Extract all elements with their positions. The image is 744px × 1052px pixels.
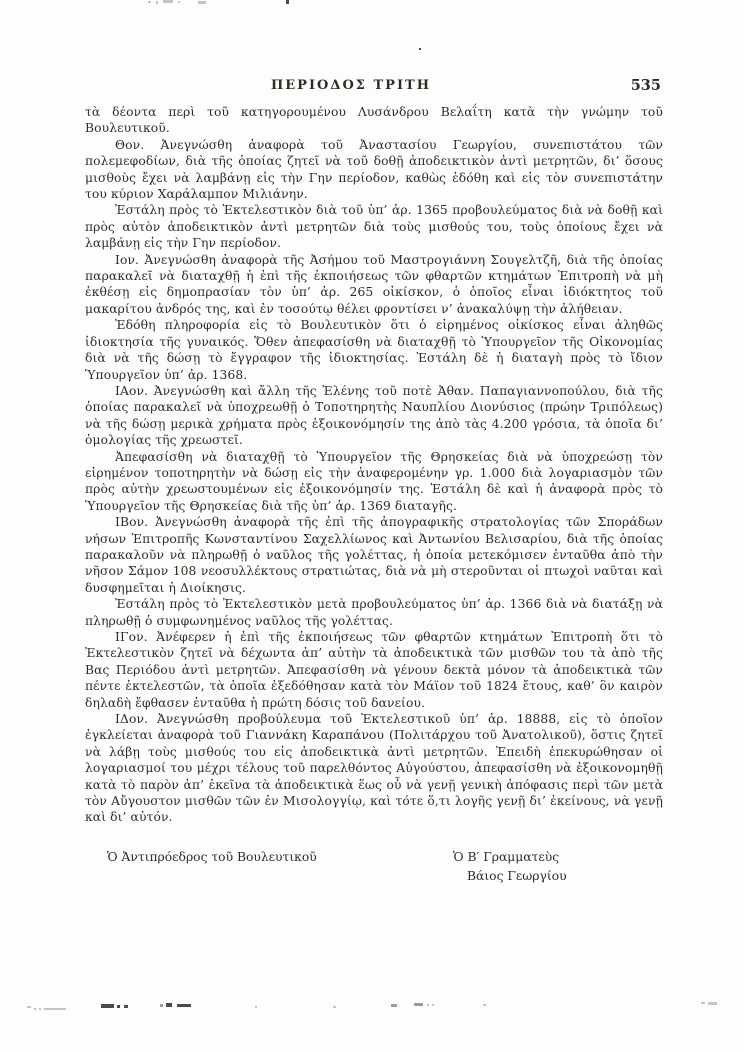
scan-artifact [255, 1006, 257, 1008]
signature-right-title: Ὁ Β′ Γραμματεὺς [453, 850, 567, 864]
scan-artifact [483, 1004, 486, 1006]
scan-artifact [333, 1006, 336, 1008]
body-paragraph: ΙΒον. Ἀνεγνώσθη ἀναφορὰ τῆς ἐπὶ τῆς ἀπογ… [85, 514, 663, 596]
scan-artifact [166, 1003, 172, 1007]
scan-artifact [432, 1004, 434, 1006]
body-paragraph: Ἐδόθη πληροφορία εἰς τὸ Βουλευτικὸν ὅτι … [85, 317, 663, 383]
signature-right-name: Βάιος Γεωργίου [453, 869, 567, 883]
document-body: τὰ δέοντα περὶ τοῦ κατηγορουμένου Λυσάνδ… [85, 104, 663, 826]
scan-artifact [101, 1004, 114, 1008]
scan-artifact [178, 1, 180, 3]
section-title: ΠΕΡΙΟΔΟΣ ΤΡΙΤΗ [271, 78, 431, 93]
text-block: ΠΕΡΙΟΔΟΣ ΤΡΙΤΗ 535 τὰ δέοντα περὶ τοῦ κα… [85, 78, 663, 890]
body-paragraph: Ιον. Ἀνεγνώσθη ἀναφορὰ τῆς Ἀσήμου τοῦ Μα… [85, 252, 663, 318]
body-paragraph: Ἀπεφασίσθη νὰ διαταχθῇ τὸ Ὑπουργεῖον τῆς… [85, 449, 663, 515]
body-paragraph: Ἐστάλη πρὸς τὸ Ἐκτελεστικὸν μετὰ προβουλ… [85, 596, 663, 629]
signature-left-title: Ὁ Ἀντιπρόεδρος τοῦ Βουλευτικοῦ [107, 850, 317, 864]
scan-artifact [177, 1004, 191, 1007]
scan-artifact [414, 1003, 423, 1006]
scan-artifact [701, 1002, 705, 1004]
body-paragraph: ΙΓον. Ἀνέφερεν ἡ ἐπὶ τῆς ἐκποιήσεως τῶν … [85, 629, 663, 711]
scan-artifact [156, 1, 158, 4]
scan-artifact [163, 0, 173, 3]
scan-artifact [44, 1008, 66, 1010]
body-paragraph: ΙΔον. Ἀνεγνώσθη προβούλευμα τοῦ Ἐκτελεστ… [85, 711, 663, 826]
page-number: 535 [631, 77, 661, 94]
scan-artifact [34, 1008, 36, 1010]
body-paragraph: Θον. Ἀνεγνώσθη ἀναφορὰ τοῦ Ἀναστασίου Γε… [85, 137, 663, 203]
scan-artifact [427, 1004, 429, 1006]
scan-artifact [286, 0, 289, 4]
scan-artifact [39, 1008, 41, 1010]
body-paragraph: Ἐστάλη πρὸς τὸ Ἐκτελεστικὸν διὰ τοῦ ὑπ’ … [85, 202, 663, 251]
scan-artifact [160, 1004, 163, 1007]
scan-artifact [124, 1005, 128, 1008]
scan-artifact [198, 1, 206, 4]
scan-artifact [391, 1004, 397, 1007]
scan-artifact [27, 1006, 31, 1008]
body-paragraph: τὰ δέοντα περὶ τοῦ κατηγορουμένου Λυσάνδ… [85, 104, 663, 137]
scan-artifact [117, 1005, 120, 1008]
scan-artifact [148, 1, 151, 3]
signature-right: Ὁ Β′ Γραμματεὺς Βάιος Γεωργίου [453, 850, 567, 883]
body-paragraph: ΙΑον. Ἀνεγνώσθη καὶ ἄλλη τῆς Ἑλένης τοῦ … [85, 383, 663, 449]
signature-block: Ὁ Ἀντιπρόεδρος τοῦ Βουλευτικοῦ Ὁ Β′ Γραμ… [85, 850, 663, 890]
scanned-document-page: ΠΕΡΙΟΔΟΣ ΤΡΙΤΗ 535 τὰ δέοντα περὶ τοῦ κα… [0, 0, 744, 1052]
scan-artifact [708, 1002, 717, 1005]
page-header: ΠΕΡΙΟΔΟΣ ΤΡΙΤΗ 535 [85, 78, 663, 104]
scan-artifact [419, 48, 421, 50]
